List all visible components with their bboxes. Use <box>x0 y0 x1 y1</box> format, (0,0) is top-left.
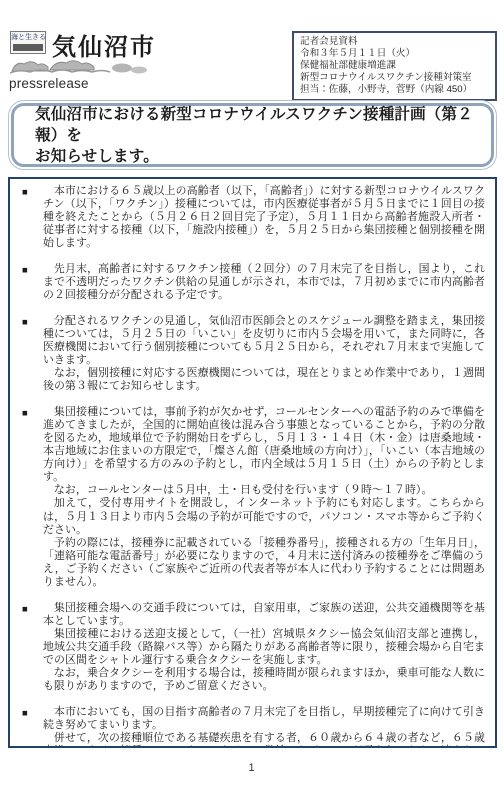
body-paragraph: なお，個別接種に対応する医療機関については，現在とりまとめ作業中であり，１週間後… <box>43 367 485 393</box>
body-paragraph: 予約の際には，接種券に記載されている「接種券番号」，接種される方の「生年月日」，… <box>43 537 485 589</box>
title-box: 気仙沼市における新型コロナウイルスワクチン接種計画（第２報）をお知らせします。 <box>8 100 497 170</box>
body-paragraph: 先月末，高齢者に対するワクチン接種（２回分）の７月末完了を目指し，国より，これま… <box>43 263 485 302</box>
info-line: 記者会見資料 <box>300 36 489 48</box>
content-box: ■本市における６５歳以上の高齢者（以下，「高齢者」）に対する新型コロナウイルスワ… <box>8 177 497 748</box>
body-paragraph: 集団接種については，事前予約が欠かせず，コールセンターへの電話予約のみで準備を進… <box>43 406 485 485</box>
bullet-item: ■先月末，高齢者に対するワクチン接種（２回分）の７月末完了を目指し，国より，これ… <box>21 263 485 302</box>
title-box-inner: 気仙沼市における新型コロナウイルスワクチン接種計画（第２報）をお知らせします。 <box>11 103 494 167</box>
body-paragraph: 加えて，受付専用サイトを開設し，インターネット予約にも対応します。こちらからは，… <box>43 497 485 536</box>
info-line: 新型コロナウイルスワクチン接種対策室 <box>300 72 489 84</box>
body-paragraph: 本市においても，国の目指す高齢者の７月末完了を目指し，早期接種完了に向けて引き続… <box>43 706 485 732</box>
bullet-marker-icon: ■ <box>22 186 28 199</box>
bullet-marker-icon: ■ <box>22 407 28 420</box>
city-seal-slogan: 海と生きる <box>11 33 45 42</box>
body-paragraph: なお，コールセンターは５月中，土・日も受付を行います（９時～１７時）。 <box>43 484 485 497</box>
bullet-item: ■分配されるワクチンの見通し，気仙沼市医師会とのスケジュール調整を踏まえ，集団接… <box>21 315 485 394</box>
city-seal-logo: 海と生きる <box>10 31 46 54</box>
press-info-box: 記者会見資料令和３年５月１１日（火）保健福祉部健康増進課新型コロナウイルスワクチ… <box>292 31 497 101</box>
page-title-line: お知らせします。 <box>35 146 491 167</box>
bullet-item: ■集団接種については，事前予約が欠かせず，コールセンターへの電話予約のみで準備を… <box>21 406 485 589</box>
info-line: 保健福祉部健康増進課 <box>300 60 489 72</box>
page-title-line: 気仙沼市における新型コロナウイルスワクチン接種計画（第２報）を <box>35 104 491 146</box>
bullet-item: ■本市においても，国の目指す高齢者の７月末完了を目指し，早期接種完了に向けて引き… <box>21 706 485 748</box>
bullet-item: ■本市における６５歳以上の高齢者（以下，「高齢者」）に対する新型コロナウイルスワ… <box>21 185 485 250</box>
body-paragraph: 併せて，次の接種順位である基礎疾患を有する者，６０歳から６４歳の者など，６５歳未… <box>43 732 485 748</box>
body-paragraph: 本市における６５歳以上の高齢者（以下，「高齢者」）に対する新型コロナウイルスワク… <box>43 185 485 250</box>
bullet-marker-icon: ■ <box>22 316 28 329</box>
page-number: 1 <box>0 762 503 774</box>
body-paragraph: 集団接種における送迎支援として，（一社）宮城県タクシー協会気仙沼支部と連携し，地… <box>43 628 485 667</box>
body-paragraph: なお，乗合タクシーを利用する場合は，接種時間が限られますほか，乗車可能な人数にも… <box>43 667 485 693</box>
pressrelease-label: pressrelease <box>9 76 89 91</box>
bullet-item: ■集団接種会場への交通手段については，自家用車，ご家族の送迎，公共交通機関等を基… <box>21 602 485 694</box>
bullet-marker-icon: ■ <box>22 707 28 720</box>
bullet-marker-icon: ■ <box>22 603 28 616</box>
info-line: 担当：佐藤，小野寺，菅野（内線 450） <box>300 84 489 96</box>
info-line: 令和３年５月１１日（火） <box>300 48 489 60</box>
press-release-page: 海と生きる 気仙沼市 pressrelease 記者会見資料令和３年５月１１日（… <box>0 0 503 800</box>
city-seal-band <box>13 44 43 51</box>
body-paragraph: 集団接種会場への交通手段については，自家用車，ご家族の送迎，公共交通機関等を基本… <box>43 602 485 628</box>
wave-graphic-icon <box>10 57 148 78</box>
bullet-marker-icon: ■ <box>22 264 28 277</box>
body-paragraph: 分配されるワクチンの見通し，気仙沼市医師会とのスケジュール調整を踏まえ，集団接種… <box>43 315 485 367</box>
